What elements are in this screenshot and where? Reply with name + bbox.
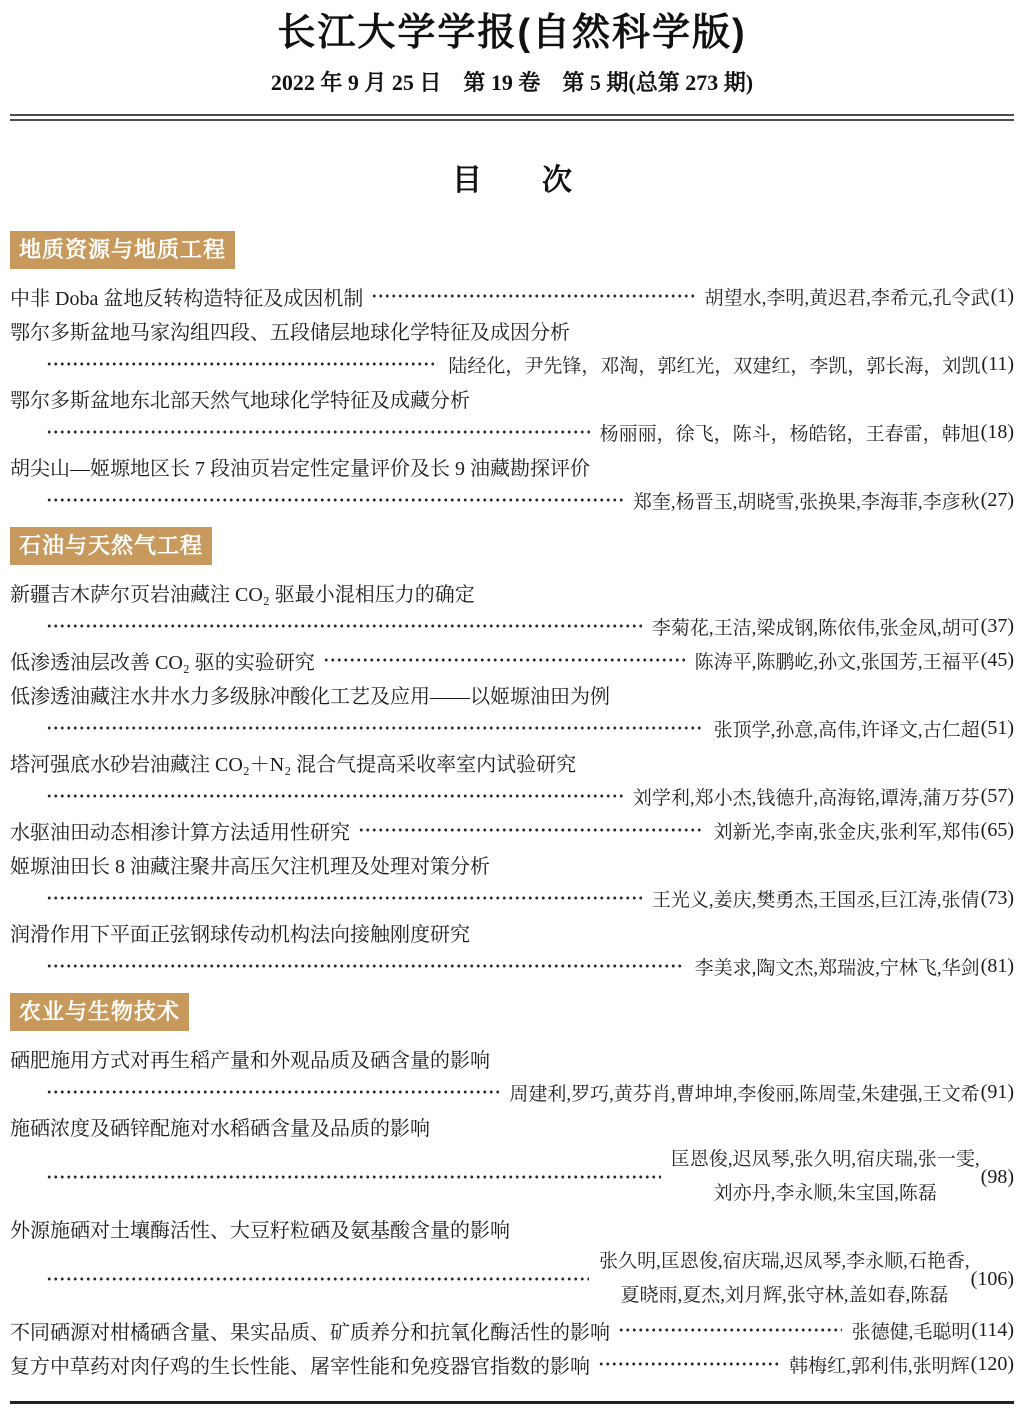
toc-entry: 姬塬油田长 8 油藏注聚井高压欠注机理及处理对策分析 王光义,姜庆,樊勇杰,王国… [10, 847, 1014, 915]
article-authors: 胡望水,李明,黄迟君,李希元,孔令武 [705, 283, 990, 310]
article-authors: 周建利,罗巧,黄芬肖,曹坤坤,李俊丽,陈周莹,朱建强,王文希 [509, 1079, 979, 1106]
authors-line-1: 匡恩俊,迟凤琴,张久明,宿庆瑞,张一雯, [671, 1143, 980, 1177]
toc-entry: 胡尖山—姬塬地区长 7 段油页岩定性定量评价及长 9 油藏勘探评价 郑奎,杨晋玉… [10, 449, 1014, 517]
header-double-rule [10, 114, 1014, 121]
issue-line: 2022 年 9 月 25 日 第 19 卷 第 5 期(总第 273 期) [10, 68, 1014, 98]
page-number: (18) [981, 421, 1014, 444]
dot-leader [46, 895, 642, 901]
article-title: 水驱油田动态相渗计算方法适用性研究 [10, 816, 350, 845]
page-number: (1) [991, 285, 1014, 308]
toc-heading: 目 次 [10, 161, 1014, 201]
article-authors: 李菊花,王洁,梁成钢,陈依伟,张金凤,胡可 [652, 613, 980, 640]
article-authors: 匡恩俊,迟凤琴,张久明,宿庆瑞,张一雯, 刘亦丹,李永顺,朱宝国,陈磊 [671, 1143, 980, 1211]
toc-entry: 鄂尔多斯盆地马家沟组四段、五段储层地球化学特征及成因分析 陆经化，尹先锋，邓淘，… [10, 313, 1014, 381]
section-petroleum: 石油与天然气工程 新疆吉木萨尔页岩油藏注 CO₂ 驱最小混相压力的确定 李菊花,… [10, 517, 1014, 983]
dot-leader [46, 963, 685, 969]
dot-leader [46, 361, 438, 367]
dot-leader [358, 827, 704, 833]
article-title: 不同硒源对柑橘硒含量、果实品质、矿质养分和抗氧化酶活性的影响 [10, 1316, 610, 1345]
section-geology: 地质资源与地质工程 中非 Doba 盆地反转构造特征及成因机制 胡望水,李明,黄… [10, 201, 1014, 517]
page-number: (106) [971, 1268, 1014, 1291]
article-title: 新疆吉木萨尔页岩油藏注 CO₂ 驱最小混相压力的确定 [10, 578, 475, 607]
page-number: (98) [981, 1166, 1014, 1189]
section-badge-agriculture: 农业与生物技术 [10, 993, 189, 1031]
toc-entry: 硒肥施用方式对再生稻产量和外观品质及硒含量的影响 周建利,罗巧,黄芬肖,曹坤坤,… [10, 1041, 1014, 1109]
article-authors: 刘学利,郑小杰,钱德升,高海铭,谭涛,蒲万芬 [633, 783, 980, 810]
article-authors: 陈涛平,陈鹏屹,孙文,张国芳,王福平 [695, 647, 980, 674]
section-agriculture: 农业与生物技术 硒肥施用方式对再生稻产量和外观品质及硒含量的影响 周建利,罗巧,… [10, 983, 1014, 1381]
article-authors: 张顶学,孙意,高伟,许译文,古仁超 [714, 715, 980, 742]
authors-line-2: 刘亦丹,李永顺,朱宝国,陈磊 [714, 1177, 937, 1211]
section-entries: 新疆吉木萨尔页岩油藏注 CO₂ 驱最小混相压力的确定 李菊花,王洁,梁成钢,陈依… [10, 575, 1014, 983]
toc-entry: 润滑作用下平面正弦钢球传动机构法向接触刚度研究 李美求,陶文杰,郑瑞波,宁林飞,… [10, 915, 1014, 983]
toc-entry: 水驱油田动态相渗计算方法适用性研究 刘新光,李南,张金庆,张利军,郑伟 (65) [10, 813, 1014, 847]
article-authors: 王光义,姜庆,樊勇杰,王国丞,巨江涛,张倩 [652, 885, 980, 912]
page-number: (11) [981, 353, 1014, 376]
toc-entry: 外源施硒对土壤酶活性、大豆籽粒硒及氨基酸含量的影响 张久明,匡恩俊,宿庆瑞,迟凤… [10, 1211, 1014, 1313]
page-number: (65) [981, 819, 1014, 842]
article-title: 施硒浓度及硒锌配施对水稻硒含量及品质的影响 [10, 1112, 430, 1141]
authors-line-2: 夏晓雨,夏杰,刘月辉,张守林,盖如春,陈磊 [621, 1279, 949, 1313]
dot-leader [46, 1174, 661, 1180]
dot-leader [618, 1327, 842, 1333]
dot-leader [46, 623, 642, 629]
article-title: 润滑作用下平面正弦钢球传动机构法向接触刚度研究 [10, 918, 470, 947]
article-title: 塔河强底水砂岩油藏注 CO₂＋N₂ 混合气提高采收率室内试验研究 [10, 748, 576, 777]
toc-entry: 鄂尔多斯盆地东北部天然气地球化学特征及成藏分析 杨丽丽，徐飞，陈斗，杨皓铭，王春… [10, 381, 1014, 449]
page-number: (120) [971, 1353, 1014, 1376]
dot-leader [46, 429, 590, 435]
article-title: 复方中草药对肉仔鸡的生长性能、屠宰性能和免疫器官指数的影响 [10, 1350, 590, 1379]
article-title: 硒肥施用方式对再生稻产量和外观品质及硒含量的影响 [10, 1044, 490, 1073]
page-number: (57) [981, 785, 1014, 808]
article-authors: 韩梅红,郭利伟,张明辉 [789, 1351, 970, 1378]
journal-title: 长江大学学报(自然科学版) [10, 0, 1014, 58]
article-title: 胡尖山—姬塬地区长 7 段油页岩定性定量评价及长 9 油藏勘探评价 [10, 452, 590, 481]
page-number: (27) [981, 489, 1014, 512]
section-entries: 硒肥施用方式对再生稻产量和外观品质及硒含量的影响 周建利,罗巧,黄芬肖,曹坤坤,… [10, 1041, 1014, 1381]
article-title: 外源施硒对土壤酶活性、大豆籽粒硒及氨基酸含量的影响 [10, 1214, 510, 1243]
article-authors: 李美求,陶文杰,郑瑞波,宁林飞,华剑 [695, 953, 980, 980]
dot-leader [46, 725, 704, 731]
article-title: 低渗透油藏注水井水力多级脉冲酸化工艺及应用——以姬塬油田为例 [10, 680, 610, 709]
page-number: (114) [971, 1319, 1014, 1342]
toc-entry: 低渗透油藏注水井水力多级脉冲酸化工艺及应用——以姬塬油田为例 张顶学,孙意,高伟… [10, 677, 1014, 745]
toc-entry: 低渗透油层改善 CO₂ 驱的实验研究 陈涛平,陈鹏屹,孙文,张国芳,王福平 (4… [10, 643, 1014, 677]
article-authors: 杨丽丽，徐飞，陈斗，杨皓铭，王春雷，韩旭 [600, 419, 980, 446]
article-title: 中非 Doba 盆地反转构造特征及成因机制 [10, 282, 363, 311]
toc-entry: 新疆吉木萨尔页岩油藏注 CO₂ 驱最小混相压力的确定 李菊花,王洁,梁成钢,陈依… [10, 575, 1014, 643]
toc-entry: 施硒浓度及硒锌配施对水稻硒含量及品质的影响 匡恩俊,迟凤琴,张久明,宿庆瑞,张一… [10, 1109, 1014, 1211]
dot-leader [46, 1276, 589, 1282]
footer-rule [10, 1401, 1014, 1404]
article-title: 鄂尔多斯盆地马家沟组四段、五段储层地球化学特征及成因分析 [10, 316, 570, 345]
section-badge-petroleum: 石油与天然气工程 [10, 527, 212, 565]
toc-entry: 复方中草药对肉仔鸡的生长性能、屠宰性能和免疫器官指数的影响 韩梅红,郭利伟,张明… [10, 1347, 1014, 1381]
article-authors: 陆经化，尹先锋，邓淘，郭红光，双建红，李凯，郭长海，刘凯 [448, 351, 980, 378]
toc-entry: 不同硒源对柑橘硒含量、果实品质、矿质养分和抗氧化酶活性的影响 张德健,毛聪明 (… [10, 1313, 1014, 1347]
toc-entry: 中非 Doba 盆地反转构造特征及成因机制 胡望水,李明,黄迟君,李希元,孔令武… [10, 279, 1014, 313]
page-number: (51) [981, 717, 1014, 740]
page-number: (81) [981, 955, 1014, 978]
article-authors: 张德健,毛聪明 [852, 1317, 971, 1344]
article-title: 鄂尔多斯盆地东北部天然气地球化学特征及成藏分析 [10, 384, 470, 413]
authors-line-1: 张久明,匡恩俊,宿庆瑞,迟凤琴,李永顺,石艳香, [599, 1245, 970, 1279]
toc-entry: 塔河强底水砂岩油藏注 CO₂＋N₂ 混合气提高采收率室内试验研究 刘学利,郑小杰… [10, 745, 1014, 813]
page-number: (37) [981, 615, 1014, 638]
section-badge-geology: 地质资源与地质工程 [10, 231, 235, 269]
article-title: 低渗透油层改善 CO₂ 驱的实验研究 [10, 646, 315, 675]
page-number: (45) [981, 649, 1014, 672]
dot-leader [371, 293, 694, 299]
article-authors: 刘新光,李南,张金庆,张利军,郑伟 [714, 817, 980, 844]
article-authors: 张久明,匡恩俊,宿庆瑞,迟凤琴,李永顺,石艳香, 夏晓雨,夏杰,刘月辉,张守林,… [599, 1245, 970, 1313]
dot-leader [323, 657, 685, 663]
article-title: 姬塬油田长 8 油藏注聚井高压欠注机理及处理对策分析 [10, 850, 490, 879]
dot-leader [46, 497, 623, 503]
dot-leader [46, 1089, 499, 1095]
article-authors: 郑奎,杨晋玉,胡晓雪,张换果,李海菲,李彦秋 [633, 487, 980, 514]
section-entries: 中非 Doba 盆地反转构造特征及成因机制 胡望水,李明,黄迟君,李希元,孔令武… [10, 279, 1014, 517]
page-number: (73) [981, 887, 1014, 910]
dot-leader [598, 1361, 779, 1367]
dot-leader [46, 793, 623, 799]
page-number: (91) [981, 1081, 1014, 1104]
